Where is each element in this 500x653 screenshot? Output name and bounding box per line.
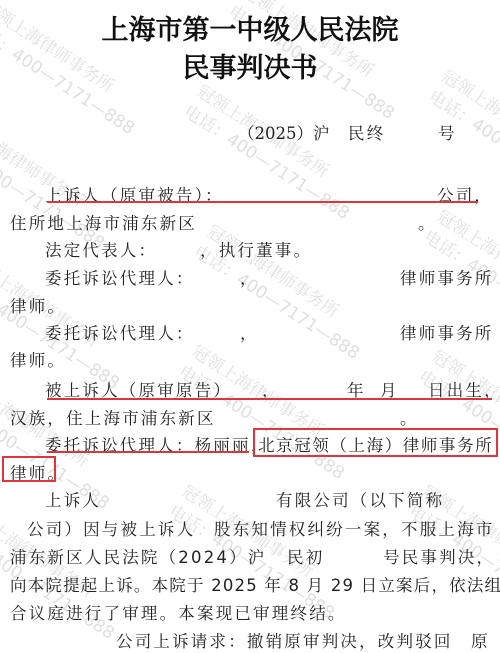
- judgment-document: 冠领上海律师事务所电话：400—7171—888 冠领上海律师事务所电话：400…: [0, 0, 500, 653]
- red-underline: [47, 451, 249, 453]
- red-underline: [47, 398, 492, 400]
- body-paragraph-line: 公司）因与被上诉人 股东知情权纠纷一案，不服上海市: [27, 516, 495, 540]
- highlight-box-title: [2, 456, 56, 482]
- document-type: 民事判决书: [0, 46, 500, 85]
- court-name: 上海市第一中级人民法院: [0, 8, 500, 47]
- agent-1-title: 律师。: [10, 293, 66, 317]
- body-paragraph-line: 合议庭进行了审理。本案现已审理终结。: [10, 600, 347, 624]
- red-underline: [47, 201, 478, 203]
- body-paragraph-line: 向本院提起上诉。本院于 2025 年 8 月 29 日立案后，依法组成: [10, 572, 500, 596]
- highlight-box-firm: [253, 428, 498, 457]
- agent-2-title: 律师。: [10, 347, 66, 371]
- watermark: 冠领上海律师事务所电话：400—7171—888: [414, 345, 500, 490]
